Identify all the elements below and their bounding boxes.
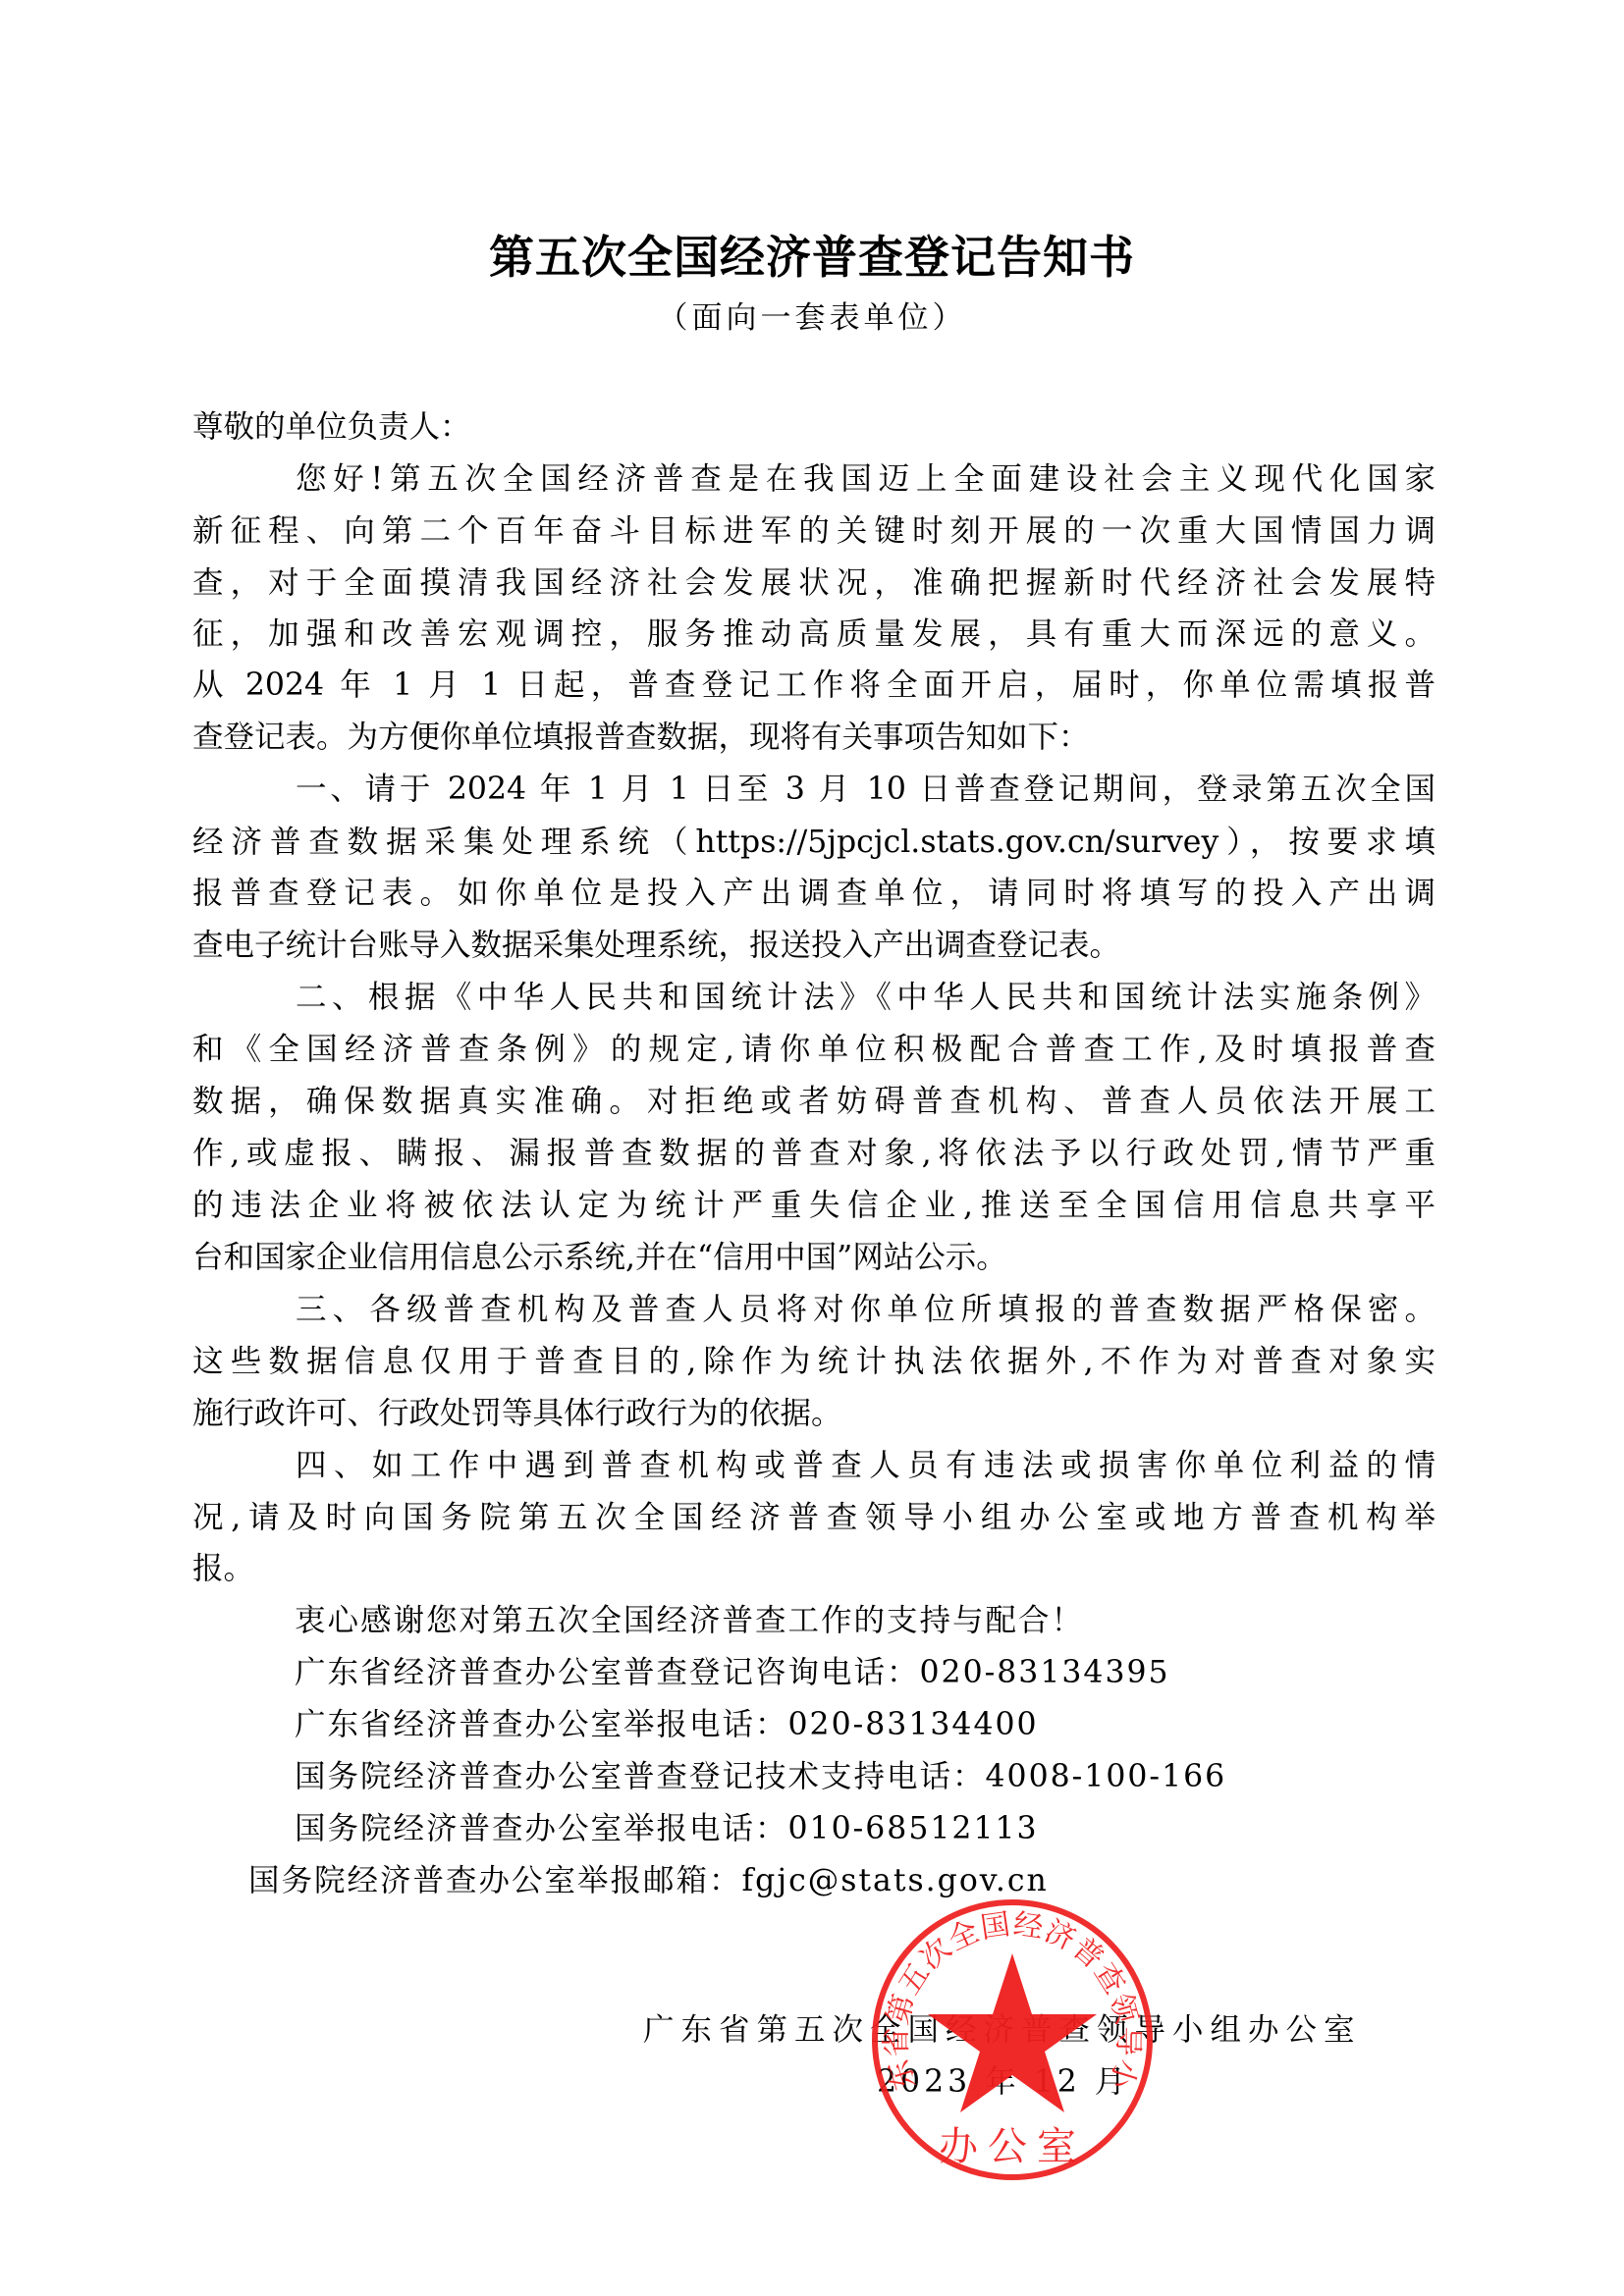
body-line: 台和国家企业信用信息公示系统,并在“信用中国”网站公示。 [192, 1236, 1435, 1279]
body-line: 报。 [192, 1547, 1435, 1590]
body-line: 报普查登记表。如你单位是投入产出调查单位，请同时将填写的投入产出调 [192, 872, 1435, 915]
body-line: 三、各级普查机构及普查人员将对你单位所填报的普查数据严格保密。 [192, 1288, 1435, 1331]
body-line: 的违法企业将被依法认定为统计严重失信企业,推送至全国信用信息共享平 [192, 1184, 1435, 1227]
body-line: 这些数据信息仅用于普查目的,除作为统计执法依据外,不作为对普查对象实 [192, 1340, 1435, 1383]
body-line: 一、请于 2024 年 1 月 1 日至 3 月 10 日普查登记期间，登录第五… [192, 768, 1435, 811]
document-page: 第五次全国经济普查登记告知书 （面向一套表单位） 尊敬的单位负责人： 您好!第五… [0, 0, 1624, 2296]
body-line: 从 2024 年 1 月 1 日起，普查登记工作将全面开启，届时，你单位需填报普 [192, 664, 1435, 707]
contact-phone-guangdong-report: 广东省经济普查办公室举报电话：020-83134400 [295, 1703, 1039, 1746]
body-line: 新征程、向第二个百年奋斗目标进军的关键时刻开展的一次重大国情国力调 [192, 509, 1435, 553]
signature-date: 2023 年 12 月 [877, 2060, 1129, 2104]
signature-organization: 广东省第五次全国经济普查领导小组办公室 [643, 2008, 1362, 2052]
thanks-line: 衷心感谢您对第五次全国经济普查工作的支持与配合！ [295, 1599, 1084, 1642]
salutation: 尊敬的单位负责人： [192, 405, 1435, 449]
document-title: 第五次全国经济普查登记告知书 [0, 228, 1624, 287]
contact-phone-state-support: 国务院经济普查办公室普查登记技术支持电话：4008-100-166 [295, 1755, 1226, 1798]
document-subtitle: （面向一套表单位） [0, 296, 1624, 340]
body-line: 况,请及时向国务院第五次全国经济普查领导小组办公室或地方普查机构举 [192, 1496, 1435, 1539]
body-line: 您好!第五次全国经济普查是在我国迈上全面建设社会主义现代化国家 [192, 457, 1435, 501]
body-line: 经济普查数据采集处理系统（https://5jpcjcl.stats.gov.c… [192, 821, 1435, 864]
body-line: 查登记表。为方便你单位填报普查数据，现将有关事项告知如下： [192, 716, 1435, 759]
contact-email-state-report: 国务院经济普查办公室举报邮箱：fgjc@stats.gov.cn [248, 1859, 1049, 1902]
body-line: 查，对于全面摸清我国经济社会发展状况，准确把握新时代经济社会发展特 [192, 561, 1435, 605]
seal-bottom-text: 办公室 [939, 2124, 1086, 2169]
contact-phone-guangdong-consult: 广东省经济普查办公室普查登记咨询电话：020-83134395 [295, 1651, 1170, 1694]
body-line: 数据，确保数据真实准确。对拒绝或者妨碍普查机构、普查人员依法开展工 [192, 1080, 1435, 1123]
body-line: 征，加强和改善宏观调控，服务推动高质量发展，具有重大而深远的意义。 [192, 613, 1435, 656]
body-line: 和《全国经济普查条例》的规定,请你单位积极配合普查工作,及时填报普查 [192, 1028, 1435, 1071]
body-line: 二、根据《中华人民共和国统计法》《中华人民共和国统计法实施条例》 [192, 976, 1435, 1019]
body-line: 作,或虚报、瞒报、漏报普查数据的普查对象,将依法予以行政处罚,情节严重 [192, 1132, 1435, 1175]
body-line: 四、如工作中遇到普查机构或普查人员有违法或损害你单位利益的情 [192, 1444, 1435, 1487]
contact-phone-state-report: 国务院经济普查办公室举报电话：010-68512113 [295, 1807, 1039, 1850]
body-line: 查电子统计台账导入数据采集处理系统，报送投入产出调查登记表。 [192, 924, 1435, 967]
body-line: 施行政许可、行政处罚等具体行政行为的依据。 [192, 1392, 1435, 1435]
